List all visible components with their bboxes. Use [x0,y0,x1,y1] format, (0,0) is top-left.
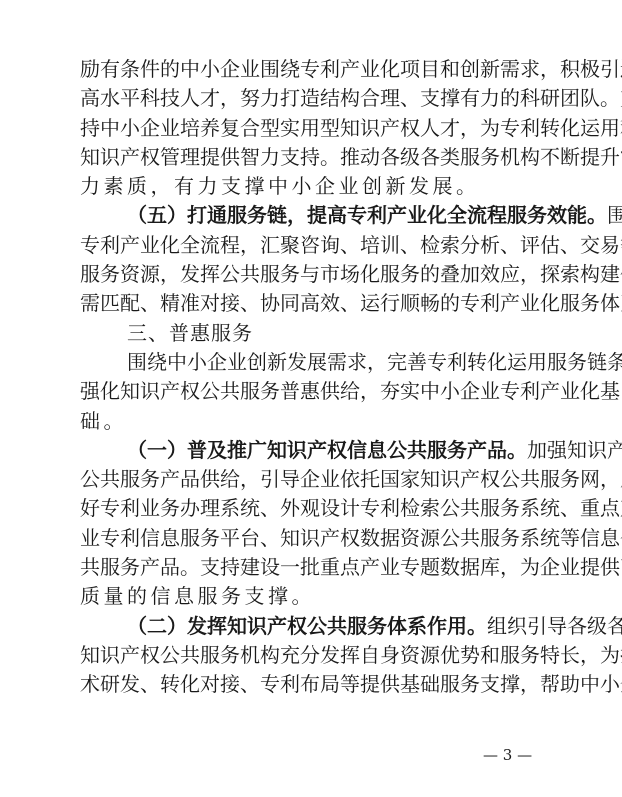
document-page: 励有条件的中小企业围绕专利产业化项目和创新需求，积极引进 高水平科技人才，努力打… [0,0,622,797]
paragraph-public-service-system: （二）发挥知识产权公共服务体系作用。组织引导各级各类 知识产权公共服务机构充分发… [80,612,554,700]
text-line: 础。 [80,407,554,436]
text-line: 知识产权管理提供智力支持。推动各级各类服务机构不断提升能 [80,143,554,172]
paragraph-inclusive-intro: 围绕中小企业创新发展需求，完善专利转化运用服务链条， 强化知识产权公共服务普惠供… [80,348,554,436]
subsection-heading: （一）普及推广知识产权信息公共服务产品。 [127,438,527,462]
text-line: （五）打通服务链，提高专利产业化全流程服务效能。围绕 [80,201,554,230]
text-line: 公共服务产品供给，引导企业依托国家知识产权公共服务网，用 [80,465,554,494]
inline-text: 组织引导各级各类 [487,614,622,638]
inline-text: 围绕 [607,203,622,227]
text-line: （二）发挥知识产权公共服务体系作用。组织引导各级各类 [80,612,554,641]
text-line: 需匹配、精准对接、协同高效、运行顺畅的专利产业化服务体系。 [80,289,554,318]
document-body: 励有条件的中小企业围绕专利产业化项目和创新需求，积极引进 高水平科技人才，努力打… [80,55,554,700]
subsection-heading: （五）打通服务链，提高专利产业化全流程服务效能。 [127,203,607,227]
text-line: 服务资源，发挥公共服务与市场化服务的叠加效应，探索构建供 [80,260,554,289]
text-line: 高水平科技人才，努力打造结构合理、支撑有力的科研团队。支 [80,84,554,113]
text-line: 力素质，有力支撑中小企业创新发展。 [80,172,554,201]
text-line: 术研发、转化对接、专利布局等提供基础服务支撑，帮助中小企 [80,670,554,699]
text-line: （一）普及推广知识产权信息公共服务产品。加强知识产权 [80,436,554,465]
paragraph-info-products: （一）普及推广知识产权信息公共服务产品。加强知识产权 公共服务产品供给，引导企业… [80,436,554,612]
text-line: 励有条件的中小企业围绕专利产业化项目和创新需求，积极引进 [80,55,554,84]
text-line: 知识产权公共服务机构充分发挥自身资源优势和服务特长，为技 [80,641,554,670]
text-line: 围绕中小企业创新发展需求，完善专利转化运用服务链条， [80,348,554,377]
text-line: 业专利信息服务平台、知识产权数据资源公共服务系统等信息公 [80,524,554,553]
text-line: 共服务产品。支持建设一批重点产业专题数据库，为企业提供高 [80,553,554,582]
paragraph-talent: 励有条件的中小企业围绕专利产业化项目和创新需求，积极引进 高水平科技人才，努力打… [80,55,554,201]
page-number: — 3 — [483,743,532,767]
text-line: 专利产业化全流程，汇聚咨询、培训、检索分析、评估、交易等 [80,231,554,260]
text-line: 质量的信息服务支撑。 [80,582,554,611]
text-line: 持中小企业培养复合型实用型知识产权人才，为专利转化运用和 [80,114,554,143]
text-line: 强化知识产权公共服务普惠供给，夯实中小企业专利产业化基 [80,377,554,406]
paragraph-service-chain: （五）打通服务链，提高专利产业化全流程服务效能。围绕 专利产业化全流程，汇聚咨询… [80,201,554,318]
subsection-heading: （二）发挥知识产权公共服务体系作用。 [127,614,487,638]
section-heading: 三、普惠服务 [80,319,554,348]
text-line: 好专利业务办理系统、外观设计专利检索公共服务系统、重点产 [80,494,554,523]
inline-text: 加强知识产权 [527,438,622,462]
